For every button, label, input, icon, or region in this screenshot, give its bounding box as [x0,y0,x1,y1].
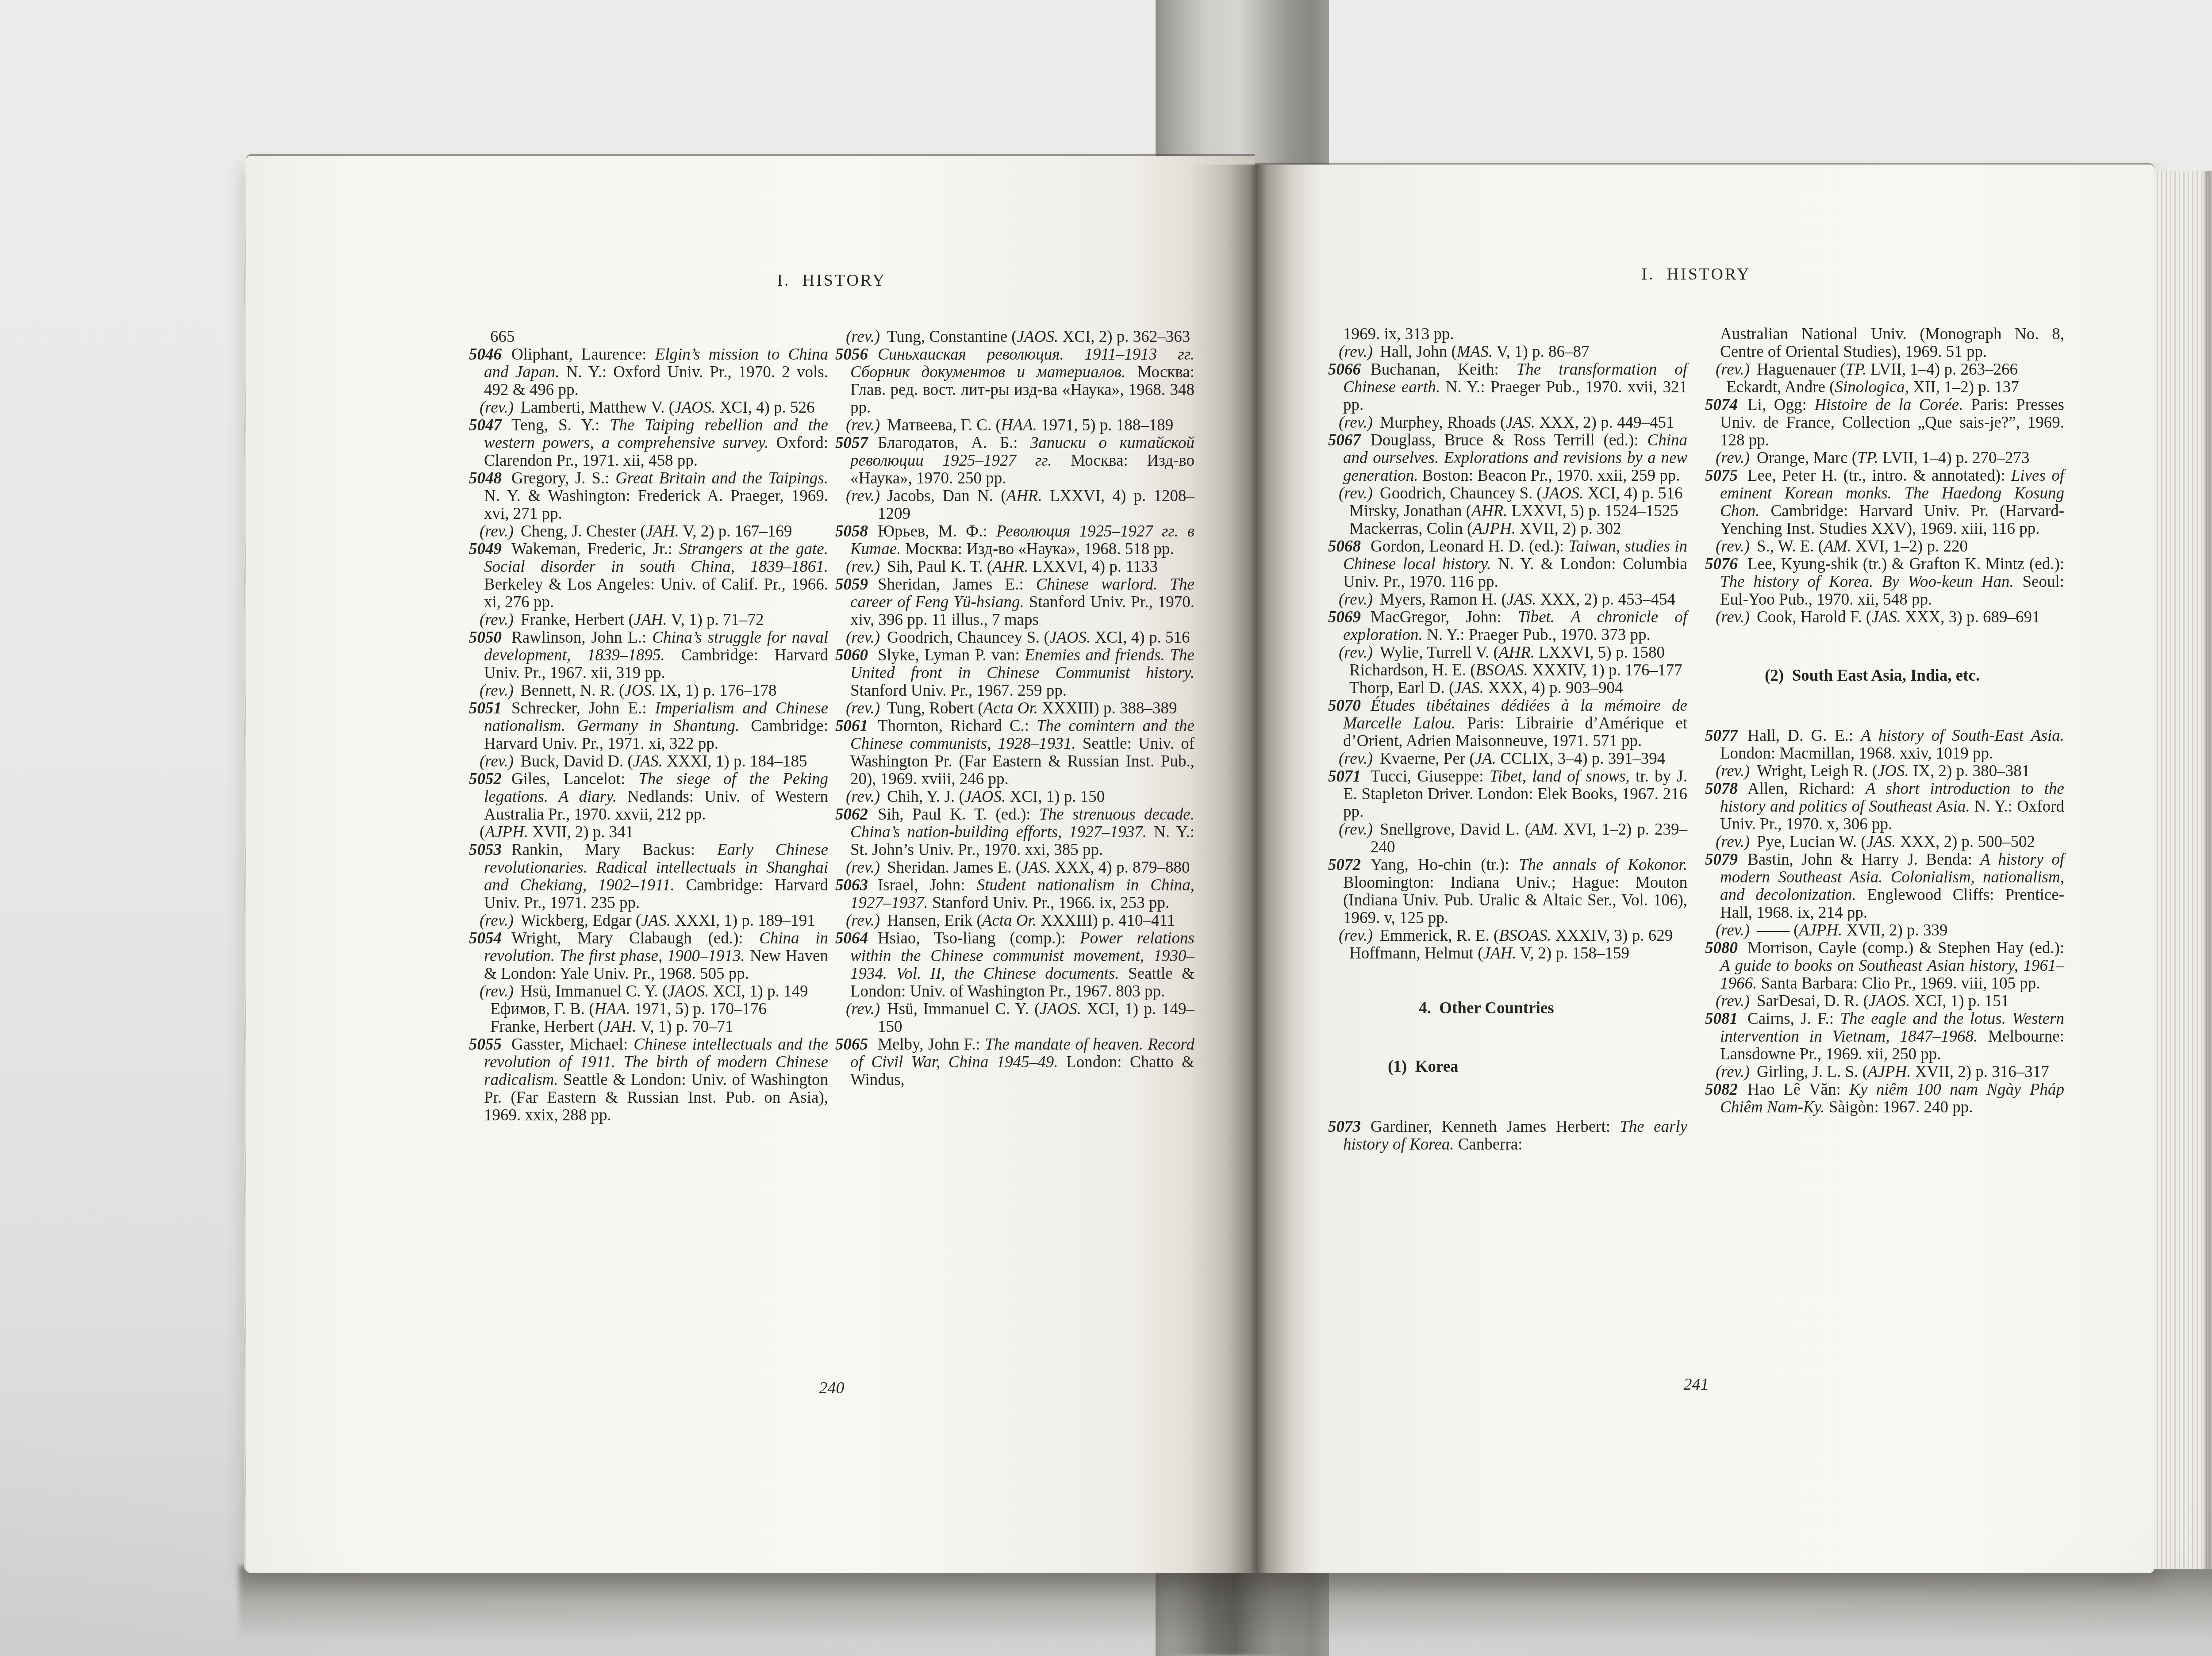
text-run: LXXVI, 5) p. 1524–1525 [1507,502,1678,520]
text-run: Sàigòn: 1967. 240 pp. [1824,1098,1973,1116]
text-run: 5054 [469,929,502,947]
review-line: (rev.)Kvaerne, Per (JA. CCLIX, 3–4) p. 3… [1328,750,1687,768]
text-run: Wylie, Turrell V. ( [1380,644,1499,662]
text-run: MAS. [1457,343,1493,361]
text-run: V, 1) p. 86–87 [1493,343,1590,361]
text-run: Hansen, Erik ( [887,912,982,930]
text-run: BSOAS. [1499,927,1551,945]
text-run: Eckardt, Andre ( [1726,378,1835,396]
text-run: (rev.) [480,399,514,417]
text-run: 5064 [835,929,868,947]
text-run: 5056 [835,345,868,364]
text-run: Sheridan. James E. ( [887,859,1021,877]
text-run: S., W. E. ( [1757,537,1824,556]
text-run: AJPH. [1868,1063,1911,1081]
text-run: (2) South East Asia, India, etc. [1765,667,1980,685]
text-run: Lee, Kyung-shik (tr.) & Grafton K. Mintz… [1747,555,2064,573]
text-run: JAOS. [674,399,716,417]
left-page-number: 240 [469,1378,1194,1398]
right-page-edges [2154,171,2212,1569]
text-run: Wright, Mary Clabaugh (ed.): [511,929,759,947]
text-run: Bennett, N. R. ( [521,682,624,700]
text-run: Santa Barbara: Clio Pr., 1969. viii, 105… [1757,974,2040,993]
text-run: 5065 [835,1035,868,1054]
bib-entry: 5049Wakeman, Frederic, Jr.: Strangers at… [469,540,828,611]
text-run: Acta Or. [983,699,1038,717]
bib-entry: 5057Благодатов, А. Б.: Записки о китайск… [835,434,1194,487]
text-run: 5049 [469,540,502,558]
text-run: XXX, 3) p. 689–691 [1901,608,2040,626]
text-run: Матвеева, Г. С. ( [887,416,1001,434]
review-line: (rev.)Buck, David D. (JAS. XXXI, 1) p. 1… [469,753,828,770]
bib-entry: 5069MacGregor, John: Tibet. A chronicle … [1328,609,1687,644]
text-run: Thornton, Richard C.: [878,717,1037,735]
text-run: JAOS. [1040,1000,1081,1018]
text-run: Sih, Paul K. T. (ed.): [878,805,1039,824]
text-run: XXXIV, 1) p. 176–177 [1528,661,1682,679]
text-run: Wakeman, Frederic, Jr.: [511,540,679,558]
review-line: (rev.)Murphey, Rhoads (JAS. XXX, 2) p. 4… [1328,414,1687,432]
text-run: Emmerick, R. E. ( [1380,927,1499,945]
bib-entry: 5062Sih, Paul K. T. (ed.): The strenuous… [835,806,1194,859]
text-run: JAS. [1021,859,1051,877]
right-running-head: I. HISTORY [1328,264,2064,284]
text-run: 5055 [469,1035,502,1054]
text-run: Histoire de la Corée. [1814,396,1963,414]
text-run: (rev.) [480,682,514,700]
text-run: XVII, 2) p. 302 [1516,520,1621,538]
text-run: CCLIX, 3–4) p. 391–394 [1496,750,1665,768]
text-run: (1) Korea [1388,1058,1459,1076]
review-line: (AJPH. XVII, 2) p. 341 [469,824,828,841]
text-run: LXXVI, 5) p. 1580 [1535,644,1665,662]
text-run: Orange, Marc ( [1757,449,1857,467]
text-run: 5076 [1705,555,1738,573]
entry-continuation: Australian National Univ. (Monograph No.… [1705,326,2064,361]
text-run: Israel, John: [878,876,977,894]
text-run: AJPH. [1799,921,1843,939]
text-run: The annals of Kokonor. [1519,856,1687,874]
bib-entry: 5046Oliphant, Laurence: Elgin’s mission … [469,346,828,399]
review-line: (rev.)Jacobs, Dan N. (AHR. LXXVI, 4) p. … [835,487,1194,523]
text-run: Stanford Univ. Pr., 1967. 259 pp. [850,682,1067,700]
bib-column-1: 6655046Oliphant, Laurence: Elgin’s missi… [469,328,828,1124]
text-run: AM. [1530,820,1558,839]
text-run: Kvaerne, Per ( [1380,750,1475,768]
text-run: AHR. [1499,644,1535,662]
text-run: Boston: Beacon Pr., 1970. xxii, 259 pp. [1418,467,1680,485]
text-run: Bloomington: Indiana Univ.; Hague: Mouto… [1343,874,1687,927]
text-run: Giles, Lancelot: [511,770,638,788]
text-run: 5052 [469,770,502,788]
text-run: Hall, D. G. E.: [1747,727,1861,745]
bib-entry: 5066Buchanan, Keith: The transformation … [1328,361,1687,414]
text-run: 5072 [1328,856,1361,874]
text-run: 5069 [1328,608,1361,626]
text-run: JAOS. [1869,992,1910,1010]
text-run: XVII, 2) p. 339 [1842,921,1947,939]
bib-entry: 5079Bastin, John & Harry J. Benda: A his… [1705,851,2064,922]
text-run: Юрьев, М. Ф.: [878,522,996,540]
text-run: Berkeley & Los Angeles: Univ. of Calif. … [484,575,828,611]
bib-entry: 5076Lee, Kyung-shik (tr.) & Grafton K. M… [1705,556,2064,609]
review-line: (rev.)Girling, J. L. S. (AJPH. XVII, 2) … [1705,1063,2064,1081]
text-run: Gasster, Michael: [511,1035,634,1054]
book-photograph: { "colors": { "paper": "#f7f6f1", "ink":… [0,0,2212,1656]
text-run: Girling, J. L. S. ( [1757,1063,1868,1081]
text-run: 5059 [835,575,868,594]
text-run: XVI, 1–2) p. 220 [1851,537,1968,556]
section-heading: 4. Other Countries [1328,1000,1687,1017]
text-run: AM. [1824,537,1851,556]
review-line: (rev.)Wylie, Turrell V. (AHR. LXXVI, 5) … [1328,644,1687,662]
text-run: Sih, Paul K. T. ( [887,558,992,576]
text-run: 5079 [1705,851,1738,869]
bib-column-3: 1969. ix, 313 pp.(rev.)Hall, John (MAS. … [1328,326,1687,1154]
bib-entry: 5074Li, Ogg: Histoire de la Corée. Paris… [1705,396,2064,449]
text-run: 5050 [469,629,502,647]
text-run: (rev.) [1716,537,1750,556]
review-line: (rev.)Hsü, Immanuel C. Y. (JAOS. XCI, 1)… [469,983,828,1000]
text-run: LVII, 1–4) p. 270–273 [1878,449,2030,467]
review-line-additional: Thorp, Earl D. (JAS. XXX, 4) p. 903–904 [1328,679,1687,697]
review-line-additional: Mackerras, Colin (AJPH. XVII, 2) p. 302 [1328,520,1687,538]
text-run: Bastin, John & Harry J. Benda: [1747,851,1980,869]
bib-entry: 5064Hsiao, Tso-liang (comp.): Power rela… [835,930,1194,1000]
text-run: (rev.) [480,912,514,930]
text-run: XCI, 1) p. 150 [1006,788,1105,806]
text-run: Richardson, H. E. ( [1349,661,1476,679]
text-run: 5057 [835,434,868,452]
text-run: XXXI, 1) p. 189–191 [671,912,815,930]
review-line: (rev.)Tung, Constantine (JAOS. XCI, 2) p… [835,328,1194,346]
text-run: Cambridge: Harvard Univ. Pr. (Harvard-Ye… [1720,502,2064,538]
text-run: JAOS. [1017,328,1059,346]
text-run: (rev.) [1716,608,1750,626]
text-run: (rev.) [1716,992,1750,1010]
review-line: (rev.)Tung, Robert (Acta Or. XXXIII) p. … [835,700,1194,717]
text-run: 4. Other Countries [1419,999,1554,1017]
text-run: JA. [1475,750,1496,768]
text-run: ( [480,823,485,841]
bib-entry: 5048Gregory, J. S.: Great Britain and th… [469,470,828,523]
text-run: Teng, S. Y.: [511,416,610,434]
bib-entry: 5061Thornton, Richard C.: The comintern … [835,717,1194,788]
text-run: XVII, 2) p. 341 [528,823,634,841]
text-run: (rev.) [846,416,880,434]
text-run: Mirsky, Jonathan ( [1349,502,1471,520]
bib-entry: 5078Allen, Richard: A short introduction… [1705,780,2064,833]
text-run: The history of Korea. By Woo-keun Han. [1720,573,2014,591]
text-run: Cook, Harold F. ( [1757,608,1871,626]
bib-entry: 5047Teng, S. Y.: The Taiping rebellion a… [469,417,828,470]
text-run: (rev.) [1716,921,1750,939]
text-run: (rev.) [846,328,880,346]
review-line-additional: Hoffmann, Helmut (JAH. V, 2) p. 158–159 [1328,945,1687,962]
text-run: 5048 [469,469,502,487]
text-run: 5081 [1705,1010,1738,1028]
review-line: (rev.)Sih, Paul K. T. (AHR. LXXVI, 4) p.… [835,558,1194,576]
text-run: Rawlinson, John L.: [511,629,652,647]
text-run: JAS. [641,912,671,930]
text-run: 5061 [835,717,868,735]
text-run: Morrison, Cayle (comp.) & Stephen Hay (e… [1747,939,2064,957]
text-run: AJPH. [485,823,528,841]
text-run: XXX, 2) p. 500–502 [1896,833,2035,851]
text-run: JAH. [603,1018,637,1036]
text-run: XCI, 4) p. 516 [1091,629,1190,647]
text-run: JAOS. [668,982,709,1000]
text-run: XVII, 2) p. 316–317 [1911,1063,2049,1081]
text-run: Благодатов, А. Б.: [878,434,1030,452]
left-running-head: I. HISTORY [469,271,1194,290]
text-run: Stanford Univ. Pr., 1966. ix, 253 pp. [928,894,1169,912]
text-run: Pye, Lucian W. ( [1757,833,1866,851]
text-run: XXXIII) p. 388–389 [1038,699,1177,717]
bib-entry: 5081Cairns, J. F.: The eagle and the lot… [1705,1010,2064,1063]
text-run: Wright, Leigh R. ( [1757,762,1878,780]
text-run: XXXI, 1) p. 184–185 [663,752,807,770]
review-line: (rev.)Wright, Leigh R. (JOS. IX, 2) p. 3… [1705,763,2064,780]
text-run: XXXIII) p. 410–411 [1037,912,1175,930]
review-line: (rev.)—— (AJPH. XVII, 2) p. 339 [1705,922,2064,939]
bib-entry: 5082Hao Lê Văn: Ky niêm 100 nam Ngày Phá… [1705,1081,2064,1116]
review-line: (rev.)Goodrich, Chauncey S. (JAOS. XCI, … [835,629,1194,647]
review-line: (rev.)Bennett, N. R. (JOS. IX, 1) p. 176… [469,682,828,700]
text-run: Ефимов, Г. В. ( [490,1000,594,1018]
review-line: (rev.)Hall, John (MAS. V, 1) p. 86–87 [1328,343,1687,361]
text-run: (rev.) [1716,449,1750,467]
bib-entry: 5075Lee, Peter H. (tr., intro. & annotat… [1705,467,2064,538]
text-run: (rev.) [846,912,880,930]
text-run: 5053 [469,841,502,859]
text-run: Buchanan, Keith: [1371,360,1517,379]
text-run: JAS. [1871,608,1901,626]
text-run: Douglass, Bruce & Ross Terrill (ed.): [1371,431,1647,449]
text-run: Buck, David D. ( [521,752,633,770]
text-run: 1971, 5) p. 188–189 [1037,416,1173,434]
bib-entry: 5071Tucci, Giuseppe: Tibet, land of snow… [1328,768,1687,821]
review-line: (rev.)S., W. E. (AM. XVI, 1–2) p. 220 [1705,538,2064,556]
bib-column-2: (rev.)Tung, Constantine (JAOS. XCI, 2) p… [835,328,1194,1089]
text-run: 5047 [469,416,502,434]
bib-entry: 5067Douglass, Bruce & Ross Terrill (ed.)… [1328,432,1687,485]
text-run: Gardiner, Kenneth James Herbert: [1371,1118,1620,1136]
text-run: (rev.) [846,487,880,505]
text-run: (rev.) [480,611,514,629]
text-run: 5058 [835,522,868,540]
gutter-cast-shadow [1164,1566,1296,1656]
text-run: JOS. [1878,762,1909,780]
text-run: Gordon, Leonard H. D. (ed.): [1371,537,1568,556]
text-run: Great Britain and the Taipings. [615,469,828,487]
text-run: Hsü, Immanuel C. Y. ( [521,982,668,1000]
text-run: AJPH. [1472,520,1516,538]
review-line: (rev.)Pye, Lucian W. (JAS. XXX, 2) p. 50… [1705,833,2064,851]
text-run: НАА. [594,1000,630,1018]
text-run: Franke, Herbert ( [521,611,634,629]
text-run: Thorp, Earl D. ( [1349,679,1454,697]
text-run: Hao Lê Văn: [1747,1081,1849,1099]
right-page-number: 241 [1328,1375,2064,1394]
text-run: 5046 [469,345,502,364]
review-line-additional: Franke, Herbert (JAH. V, 1) p. 70–71 [469,1018,828,1036]
text-run: BSOAS. [1476,661,1528,679]
text-run: A history of South-East Asia. [1861,727,2064,745]
text-run: (rev.) [846,558,880,576]
text-run: (rev.) [480,982,514,1000]
text-run: (rev.) [1339,820,1373,839]
text-run: XCI, 1) p. 149 [709,982,808,1000]
text-run: (rev.) [846,699,880,717]
review-line: (rev.)Goodrich, Chauncey S. (JAOS. XCI, … [1328,485,1687,502]
review-line: (rev.)Myers, Ramon H. (JAS. XXX, 2) p. 4… [1328,591,1687,609]
text-run: 5074 [1705,396,1738,414]
text-run: (rev.) [846,1000,880,1018]
text-run: Haguenauer ( [1757,360,1845,379]
text-run: IX, 2) p. 380–381 [1909,762,2030,780]
text-run: (rev.) [1339,750,1373,768]
text-run: Gregory, J. S.: [511,469,615,487]
text-run: Allen, Richard: [1747,780,1866,798]
bib-entry: 5065Melby, John F.: The mandate of heave… [835,1036,1194,1089]
text-run: Москва: Изд-во «Наука», 1968. 518 pp. [901,540,1174,558]
bib-entry: 5058Юрьев, М. Ф.: Революция 1925–1927 гг… [835,523,1194,558]
text-run: JAS. [1866,833,1896,851]
text-run: AHR. [1471,502,1507,520]
text-run: Murphey, Rhoads ( [1380,414,1505,432]
text-run: 1969. ix, 313 pp. [1343,325,1454,343]
text-run: MacGregor, John: [1371,608,1518,626]
text-run: IX, 1) p. 176–178 [656,682,776,700]
bib-entry: 5072Yang, Ho-chin (tr.): The annals of K… [1328,856,1687,927]
text-run: (rev.) [1339,343,1373,361]
bib-entry: 5052Giles, Lancelot: The siege of the Pe… [469,770,828,824]
text-run: JAOS. [1049,629,1091,647]
text-run: Tibet, land of snows [1490,767,1626,786]
text-run: 5063 [835,876,868,894]
text-run: Tung, Robert ( [887,699,983,717]
text-run: Canberra: [1454,1135,1522,1154]
text-run: XXX, 2) p. 453–454 [1536,590,1675,609]
text-run: Chih, Y. J. ( [887,788,964,806]
text-run: 5078 [1705,780,1738,798]
text-run: 1971, 5) p. 170–176 [630,1000,767,1018]
review-line-additional: Eckardt, Andre (Sinologica, XII, 1–2) p.… [1705,379,2064,396]
text-run: Rankin, Mary Backus: [511,841,717,859]
text-run: Goodrich, Chauncey S. ( [887,629,1049,647]
text-run: (rev.) [480,752,514,770]
text-run: Hsü, Immanuel C. Y. ( [887,1000,1040,1018]
review-line: (rev.)Hsü, Immanuel C. Y. (JAOS. XCI, 1)… [835,1000,1194,1036]
bib-entry: 5056Синьхаиская революция. 1911–1913 гг.… [835,346,1194,417]
text-run: JAH. [646,522,679,540]
text-run: XXX, 2) p. 449–451 [1535,414,1674,432]
text-run: 5077 [1705,727,1738,745]
subsection-heading: (1) Korea [1328,1058,1687,1076]
text-run: Hsiao, Tso-liang (comp.): [878,929,1080,947]
review-line: (rev.)Haguenauer (TP. LVII, 1–4) p. 263–… [1705,361,2064,379]
review-line: (rev.)Snellgrove, David L. (AM. XVI, 1–2… [1328,821,1687,856]
review-line: (rev.)Матвеева, Г. С. (НАА. 1971, 5) p. … [835,417,1194,434]
text-run: Li, Ogg: [1747,396,1814,414]
review-line: (rev.)Wickberg, Edgar (JAS. XXXI, 1) p. … [469,912,828,930]
text-run: 665 [490,328,515,346]
text-run: JAOS. [964,788,1006,806]
text-run: Hall, John ( [1380,343,1457,361]
review-line-additional: Ефимов, Г. В. (НАА. 1971, 5) p. 170–176 [469,1000,828,1018]
review-line: (rev.)Chih, Y. J. (JAOS. XCI, 1) p. 150 [835,788,1194,806]
text-run: —— ( [1757,921,1799,939]
review-line: (rev.)Cook, Harold F. (JAS. XXX, 3) p. 6… [1705,609,2064,626]
review-line-additional: 665 [469,328,828,346]
text-run: JAS. [633,752,663,770]
bib-column-4: Australian National Univ. (Monograph No.… [1705,326,2064,1116]
text-run: Lamberti, Matthew V. ( [521,399,674,417]
text-run: JAS. [1507,590,1536,609]
text-run: (rev.) [846,788,880,806]
review-line: (rev.)Cheng, J. Chester (JAH. V, 2) p. 1… [469,523,828,540]
text-run: N. Y.: Praeger Pub., 1970. 373 pp. [1423,626,1651,644]
bib-entry: 5077Hall, D. G. E.: A history of South-E… [1705,727,2064,763]
text-run: XCI, 2) p. 362–363 [1058,328,1190,346]
text-run: Hoffmann, Helmut ( [1349,944,1483,962]
text-run: 5073 [1328,1118,1361,1136]
bib-entry: 5050Rawlinson, John L.: China’s struggle… [469,629,828,682]
text-run: TP. [1857,449,1878,467]
text-run: TP. [1845,360,1866,379]
text-run: (rev.) [1339,590,1373,609]
bib-entry: 5059Sheridan, James E.: Chinese warlord.… [835,576,1194,629]
text-run: Schrecker, John E.: [511,699,655,717]
review-line: (rev.)Orange, Marc (TP. LVII, 1–4) p. 27… [1705,449,2064,467]
text-run: 5082 [1705,1081,1738,1099]
text-run: XXXIV, 3) p. 629 [1551,927,1673,945]
text-run: (rev.) [1716,833,1750,851]
text-run: Australian National Univ. (Monograph No.… [1720,325,2064,361]
bib-entry: 5053Rankin, Mary Backus: Early Chinese r… [469,841,828,912]
bib-entry: 5054Wright, Mary Clabaugh (ed.): China i… [469,930,828,983]
text-run: London: Macmillan, 1968. xxiv, 1019 pp. [1720,744,1993,763]
text-run: AHR. [992,558,1028,576]
text-run: JAS. [1454,679,1484,697]
text-run: XCI, 1) p. 151 [1910,992,2009,1010]
text-run: Jacobs, Dan N. ( [887,487,1006,505]
text-run: JAS. [1505,414,1535,432]
bib-entry: 5073Gardiner, Kenneth James Herbert: The… [1328,1118,1687,1154]
text-run: V, 1) p. 70–71 [637,1018,733,1036]
text-run: XXX, 4) p. 903–904 [1484,679,1623,697]
text-run: (rev.) [1339,927,1373,945]
text-run: Melby, John F.: [878,1035,985,1054]
text-run: XCI, 4) p. 526 [716,399,815,417]
review-line: (rev.)Sheridan. James E. (JAS. XXX, 4) p… [835,859,1194,877]
text-run: LXXVI, 4) p. 1133 [1028,558,1158,576]
entry-continuation: 1969. ix, 313 pp. [1328,326,1687,343]
text-run: Franke, Herbert ( [490,1018,603,1036]
bib-entry: 5051Schrecker, John E.: Imperialism and … [469,700,828,753]
text-run: Tung, Constantine ( [887,328,1017,346]
text-run: LVII, 1–4) p. 263–266 [1866,360,2018,379]
text-run: (rev.) [1339,644,1373,662]
text-run: 5060 [835,646,868,664]
review-line: (rev.)Franke, Herbert (JAH. V, 1) p. 71–… [469,611,828,629]
bib-entry: 5080Morrison, Cayle (comp.) & Stephen Ha… [1705,939,2064,993]
bib-entry: 5070Études tibétaines dédiées à la mémoi… [1328,697,1687,750]
text-run: Goodrich, Chauncey S. ( [1380,484,1542,502]
text-run: XII, 1–2) p. 137 [1909,378,2019,396]
text-run: (rev.) [846,629,880,647]
